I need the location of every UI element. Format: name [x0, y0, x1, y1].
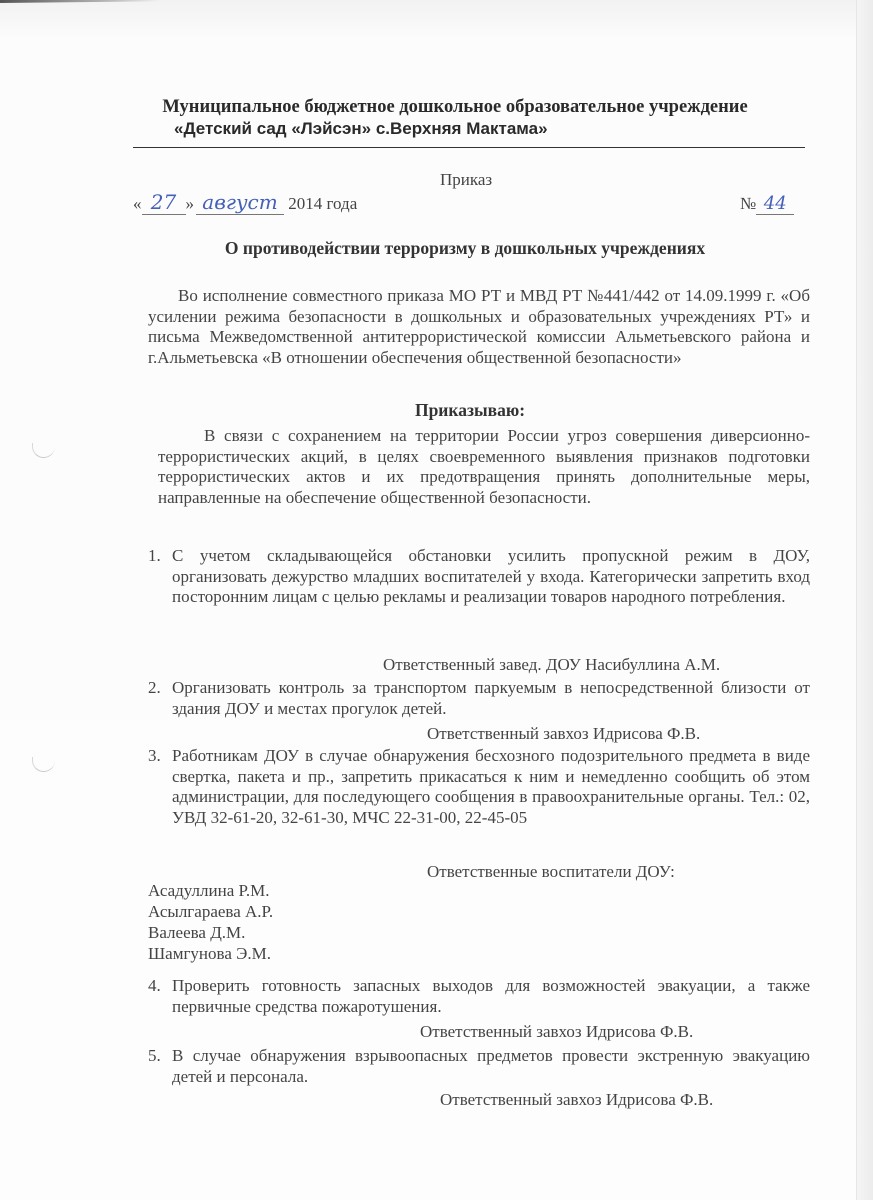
item-text: В случае обнаружения взрывоопасных предм…: [172, 1046, 810, 1087]
handwritten-day: 27: [142, 190, 186, 215]
order-heading: Приказываю:: [0, 400, 873, 421]
handwritten-number: 44: [756, 193, 794, 215]
order-item-5: 5. В случае обнаружения взрывоопасных пр…: [148, 1046, 810, 1087]
item-text: Проверить готовность запасных выходов дл…: [172, 976, 810, 1017]
header-rule: [133, 147, 805, 148]
handwritten-month: август: [196, 190, 284, 215]
preamble-paragraph: В связи с сохранением на территории Росс…: [158, 426, 810, 508]
kindergarten-name: «Детский сад «Лэйсэн» с.Верхняя Мактама»: [174, 119, 548, 139]
scanned-page: Муниципальное бюджетное дошкольное образ…: [0, 0, 873, 1200]
item-number: 4.: [148, 976, 161, 997]
date-close-quote: »: [186, 194, 195, 213]
item-4-responsible: Ответственный завхоз Идрисова Ф.В.: [420, 1022, 693, 1042]
intro-paragraph: Во исполнение совместного приказа МО РТ …: [148, 286, 810, 368]
date-open-quote: «: [133, 194, 142, 213]
document-title: О противодействии терроризму в дошкольны…: [0, 238, 873, 259]
item-text: Работникам ДОУ в случае обнаружения бесх…: [172, 746, 810, 828]
item-3-responsible: Ответственные воспитатели ДОУ:: [427, 862, 675, 882]
item-number: 1.: [148, 546, 161, 567]
order-item-1: 1. С учетом складывающейся обстановки ус…: [148, 546, 810, 608]
punch-hole-mark: [32, 443, 55, 458]
educator-name: Асадуллина Р.М.: [148, 880, 273, 901]
item-number: 3.: [148, 746, 161, 767]
educator-name: Валеева Д.М.: [148, 922, 273, 943]
item-2-responsible: Ответственный завхоз Идрисова Ф.В.: [427, 724, 700, 744]
order-number: №44: [740, 193, 794, 215]
responsible-educators-list: Асадуллина Р.М. Асылгараева А.Р. Валеева…: [148, 880, 273, 964]
order-item-4: 4. Проверить готовность запасных выходов…: [148, 976, 810, 1017]
item-5-responsible: Ответственный завхоз Идрисова Ф.В.: [440, 1090, 713, 1110]
item-number: 5.: [148, 1046, 161, 1067]
punch-hole-mark: [32, 757, 55, 772]
page-edge-shadow: [0, 0, 160, 3]
number-sign: №: [740, 194, 756, 213]
item-text: С учетом складывающейся обстановки усили…: [172, 546, 810, 608]
date-year: 2014 года: [288, 194, 357, 213]
order-date: «27»август 2014 года: [133, 190, 357, 215]
educator-name: Асылгараева А.Р.: [148, 901, 273, 922]
item-text: Организовать контроль за транспортом пар…: [172, 678, 810, 719]
item-1-responsible: Ответственный завед. ДОУ Насибуллина А.М…: [383, 655, 720, 675]
organization-name: Муниципальное бюджетное дошкольное образ…: [0, 97, 873, 118]
order-item-3: 3. Работникам ДОУ в случае обнаружения б…: [148, 746, 810, 828]
page-right-margin: [856, 0, 873, 1200]
item-number: 2.: [148, 678, 161, 699]
order-item-2: 2. Организовать контроль за транспортом …: [148, 678, 810, 719]
order-label: Приказ: [440, 170, 492, 190]
educator-name: Шамгунова Э.М.: [148, 943, 273, 964]
